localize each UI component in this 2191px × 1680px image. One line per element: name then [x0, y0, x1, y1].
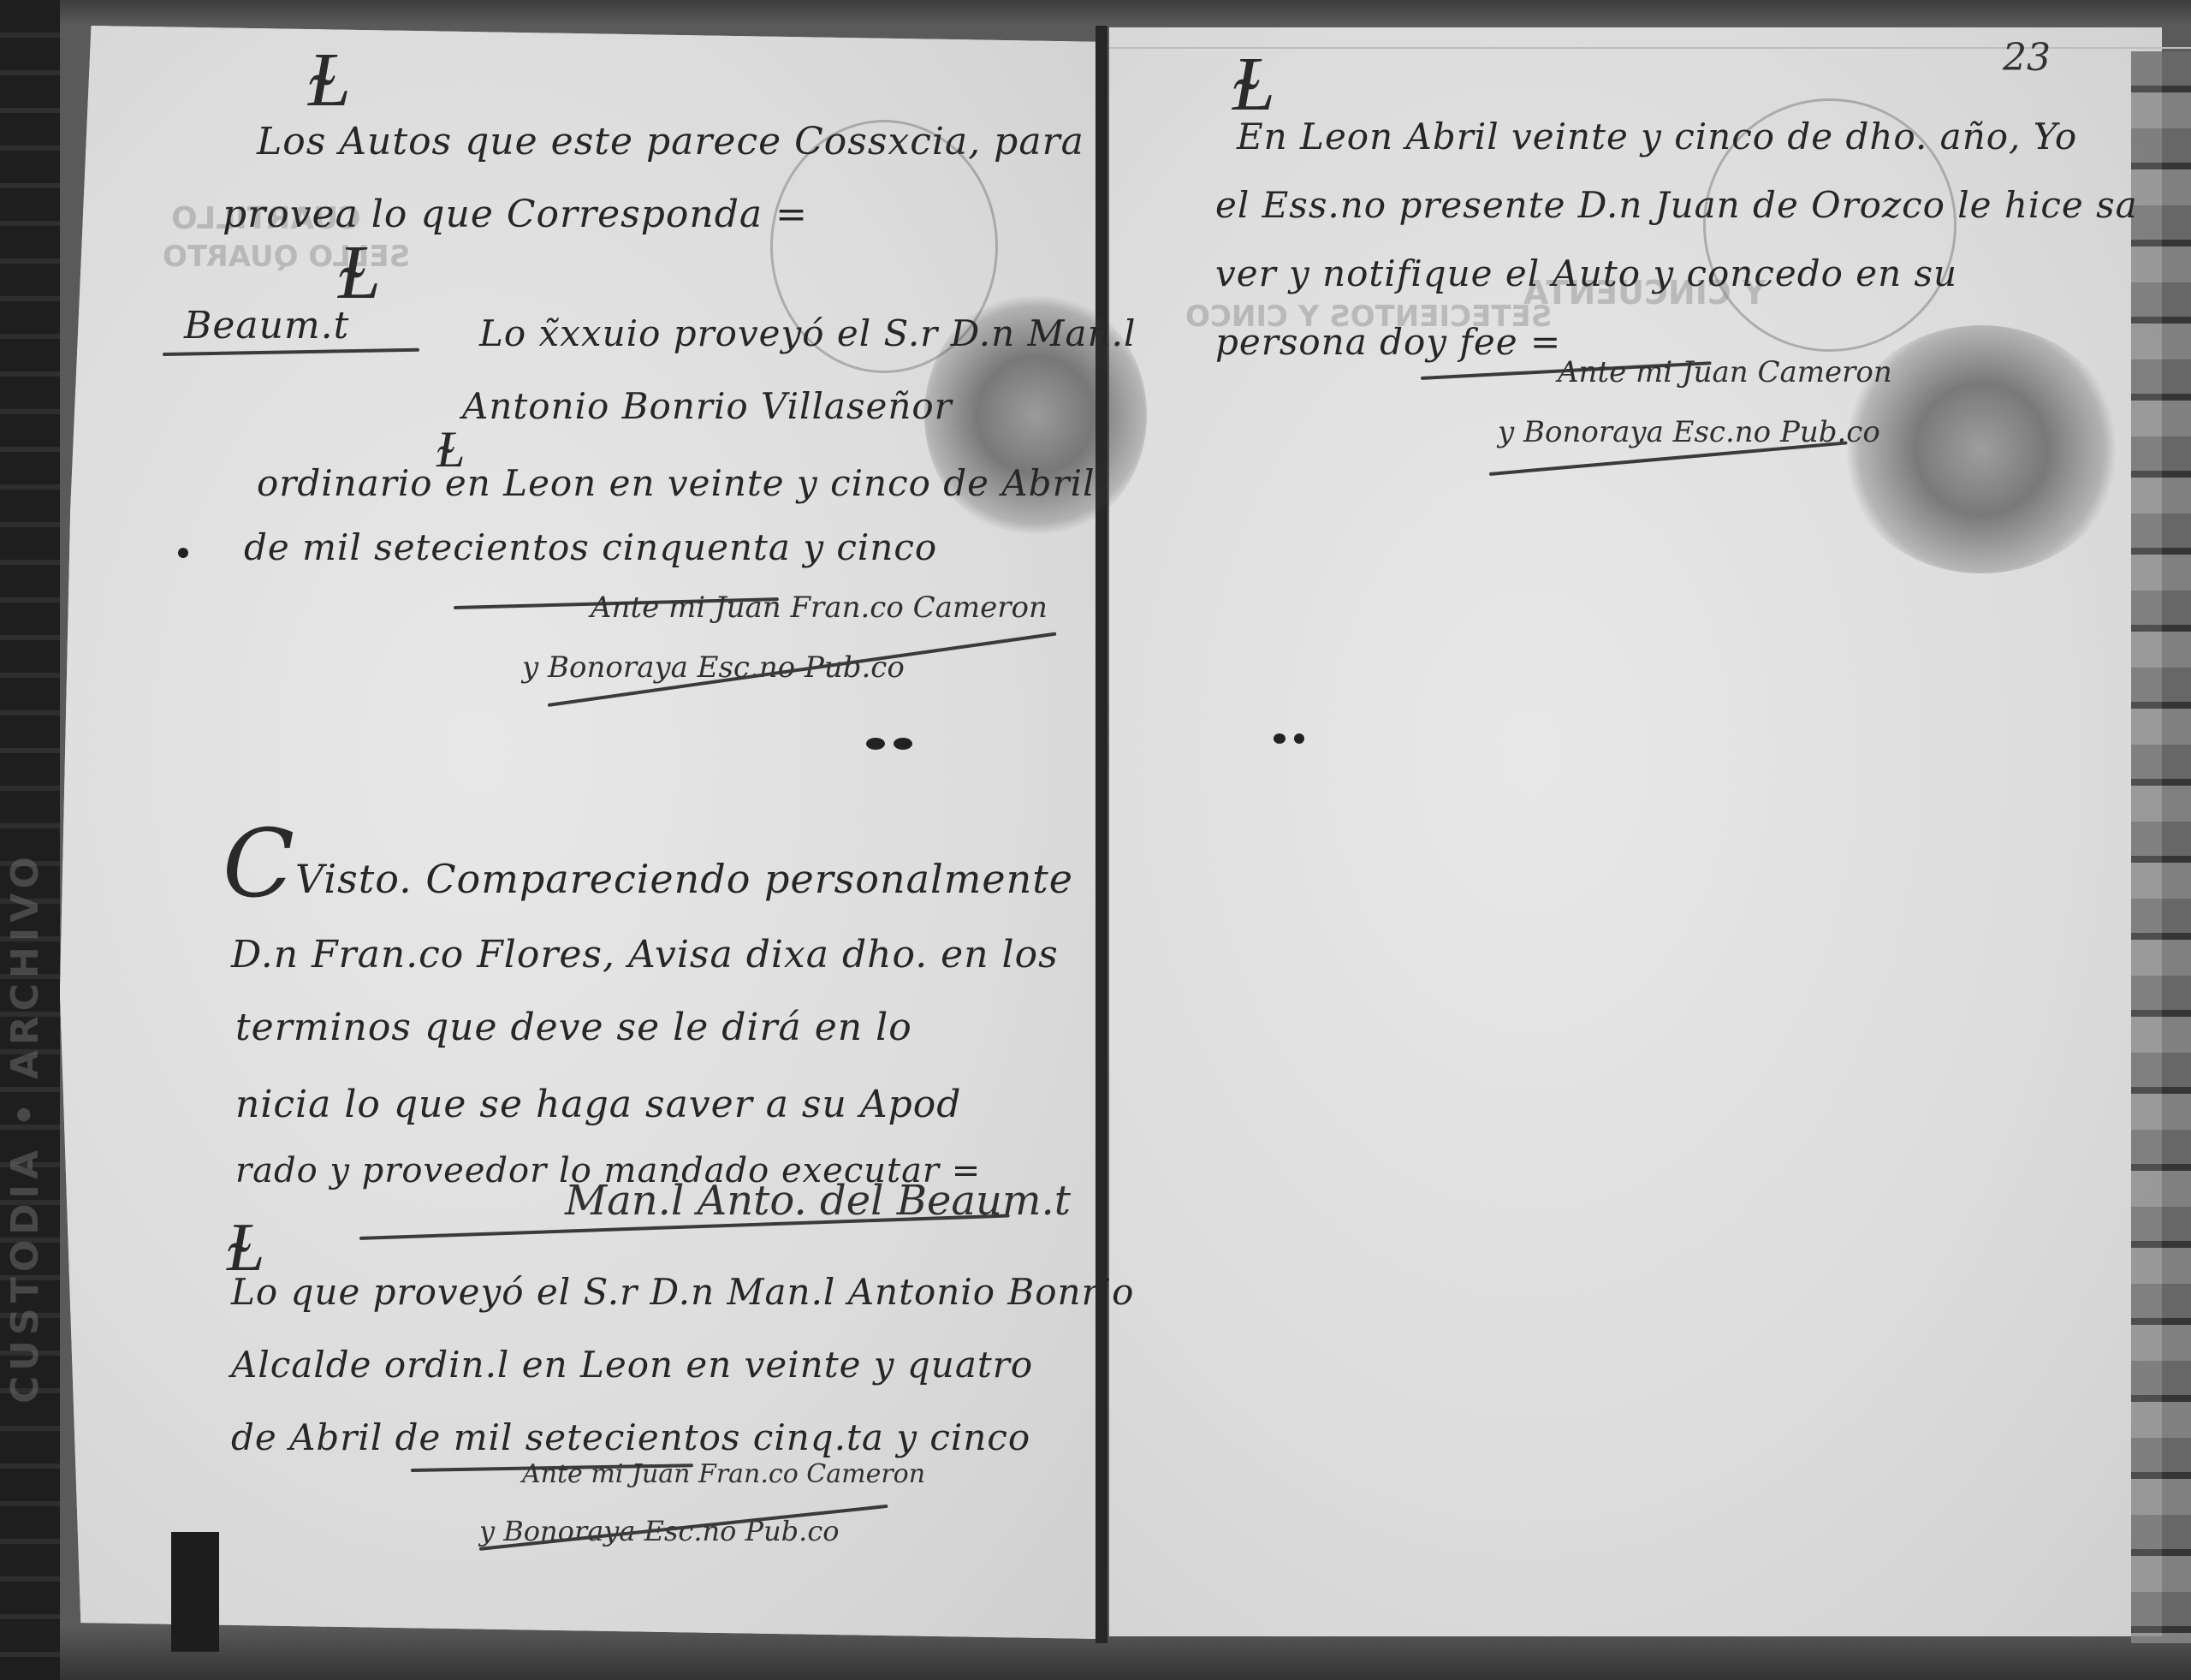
- film-clip-marker: [171, 1532, 219, 1652]
- manuscript-line: Visto. Compareciendo personalmente: [295, 856, 1073, 902]
- manuscript-line: provea lo que Corresponda =: [223, 193, 808, 236]
- manuscript-line: persona doy fee =: [1215, 321, 1561, 363]
- manuscript-line: En Leon Abril veinte y cinco de dho. año…: [1237, 116, 2077, 157]
- manuscript-line: D.n Fran.co Flores, Avisa dixa dho. en l…: [231, 933, 1059, 977]
- notary-signature: Ante mi Juan Cameron: [1558, 355, 1892, 389]
- rubric-flourish: Ɫ: [308, 34, 351, 124]
- folio-number: 23: [2003, 36, 2051, 80]
- manuscript-line: Lo que proveyó el S.r D.n Man.l Antonio …: [231, 1271, 1134, 1313]
- rubric-capital: C: [223, 809, 294, 918]
- binding-label: CUSTODIA • ARCHIVO: [3, 702, 38, 1404]
- manuscript-line: Lo x̃xxuio proveyó el S.r D.n Man.l: [479, 312, 1136, 354]
- manuscript-line: de Abril de mil setecientos cinq.ta y ci…: [231, 1416, 1030, 1458]
- manuscript-line: nicia lo que se haga saver a su Apod: [235, 1083, 961, 1126]
- manuscript-line: ordinario en Leon en veinte y cinco de A…: [257, 462, 1095, 504]
- notary-signature: Ante mi Juan Fran.co Cameron: [591, 591, 1048, 625]
- section-separator-dots: [1274, 733, 1304, 744]
- manuscript-line: Alcalde ordin.l en Leon en veinte y quat…: [231, 1344, 1033, 1386]
- manuscript-line: terminos que deve se le dirá en lo: [235, 1006, 912, 1049]
- notary-signature: Ante mi Juan Fran.co Cameron: [522, 1459, 925, 1489]
- manuscript-line: de mil setecientos cinquenta y cinco: [244, 526, 937, 568]
- archive-binding-strip: CUSTODIA • ARCHIVO: [0, 0, 60, 1680]
- manuscript-line: Antonio Bonrio Villaseñor: [462, 385, 953, 427]
- manuscript-line: Los Autos que este parece Cossxcia, para: [257, 120, 1084, 163]
- margin-dot: [178, 548, 188, 558]
- marginal-name: Beaum.t: [184, 304, 349, 347]
- section-separator-dots: [866, 738, 912, 750]
- book-gutter: [1095, 26, 1107, 1643]
- manuscript-line: ver y notifique el Auto y concedo en su: [1215, 252, 1957, 294]
- page-stack-edge: [2131, 51, 2191, 1643]
- manuscript-line: el Ess.no presente D.n Juan de Orozco le…: [1215, 184, 2138, 226]
